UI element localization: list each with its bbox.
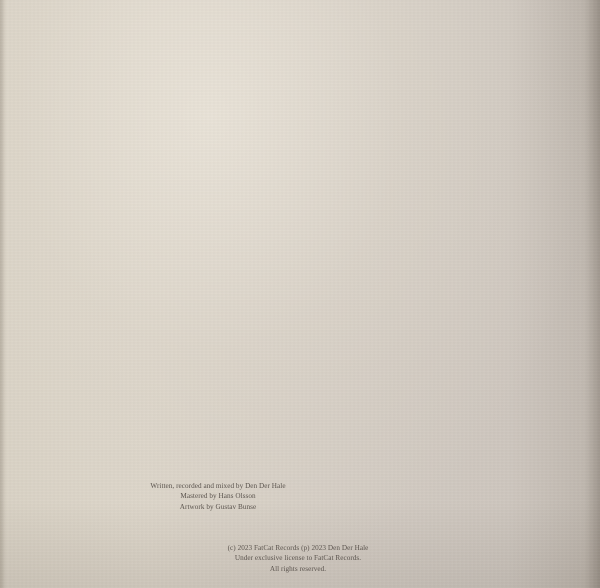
copyright-block: (c) 2023 FatCat Records (p) 2023 Den Der… <box>218 543 378 574</box>
credit-mastered: Mastered by Hans Olsson <box>142 491 294 501</box>
credits-block: Written, recorded and mixed by Den Der H… <box>142 481 294 512</box>
copyright-notice: (c) 2023 FatCat Records (p) 2023 Den Der… <box>218 543 378 553</box>
credit-artwork: Artwork by Gustav Bunse <box>142 502 294 512</box>
rights-reserved: All rights reserved. <box>218 564 378 574</box>
license-notice: Under exclusive license to FatCat Record… <box>218 553 378 563</box>
record-sleeve-back: Written, recorded and mixed by Den Der H… <box>0 0 600 588</box>
credit-written-recorded-mixed: Written, recorded and mixed by Den Der H… <box>142 481 294 491</box>
